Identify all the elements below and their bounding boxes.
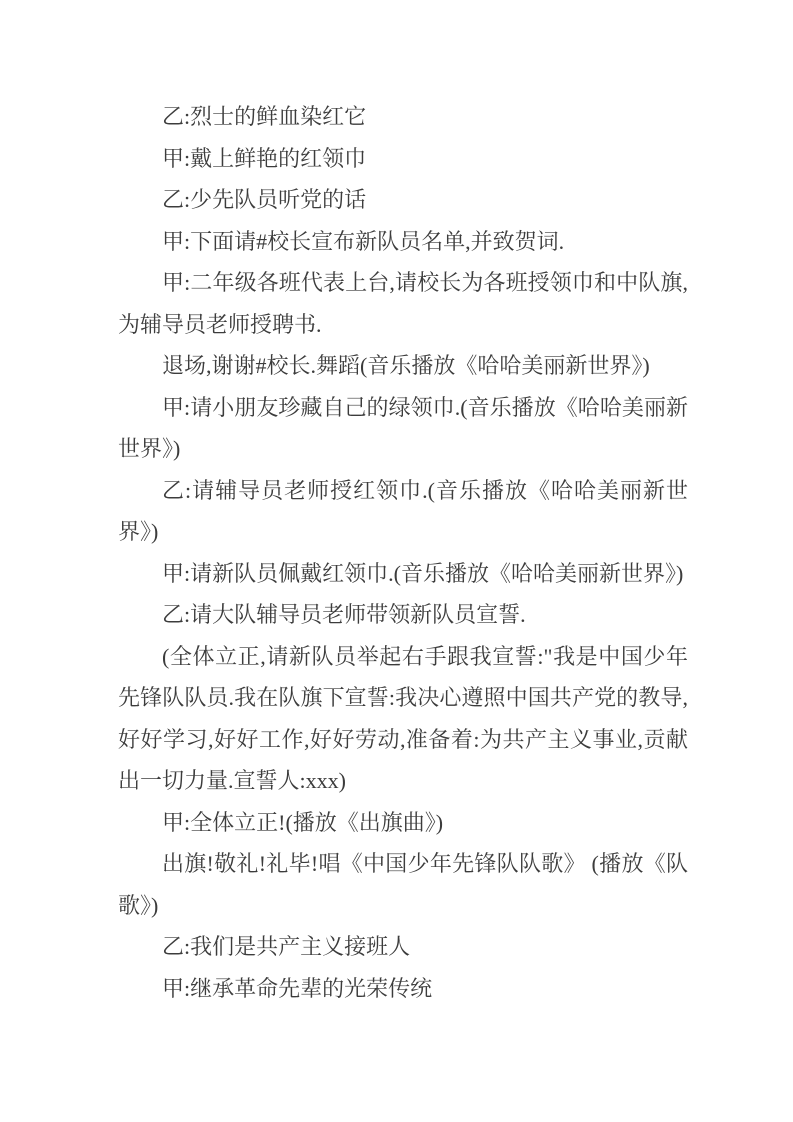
script-line: (全体立正,请新队员举起右手跟我宣誓:"我是中国少年先锋队队员.我在队旗下宣誓:… bbox=[118, 636, 688, 802]
script-line: 出旗!敬礼!礼毕!唱《中国少年先锋队队歌》 (播放《队歌》) bbox=[118, 843, 688, 926]
script-line: 退场,谢谢#校长.舞蹈(音乐播放《哈哈美丽新世界》) bbox=[118, 345, 688, 387]
script-line: 甲:二年级各班代表上台,请校长为各班授领巾和中队旗,为辅导员老师授聘书. bbox=[118, 262, 688, 345]
script-line: 甲:请小朋友珍藏自己的绿领巾.(音乐播放《哈哈美丽新世界》) bbox=[118, 387, 688, 470]
script-line: 乙:我们是共产主义接班人 bbox=[118, 926, 688, 968]
script-line: 甲:请新队员佩戴红领巾.(音乐播放《哈哈美丽新世界》) bbox=[118, 553, 688, 595]
script-line: 甲:戴上鲜艳的红领巾 bbox=[118, 138, 688, 180]
script-line: 甲:下面请#校长宣布新队员名单,并致贺词. bbox=[118, 221, 688, 263]
document-text-block: 乙:烈士的鲜血染红它 甲:戴上鲜艳的红领巾 乙:少先队员听党的话 甲:下面请#校… bbox=[118, 96, 688, 1009]
script-line: 甲:继承革命先辈的光荣传统 bbox=[118, 968, 688, 1010]
document-page: 乙:烈士的鲜血染红它 甲:戴上鲜艳的红领巾 乙:少先队员听党的话 甲:下面请#校… bbox=[0, 0, 793, 1122]
script-line: 乙:请大队辅导员老师带领新队员宣誓. bbox=[118, 594, 688, 636]
script-line: 乙:少先队员听党的话 bbox=[118, 179, 688, 221]
script-line: 乙:烈士的鲜血染红它 bbox=[118, 96, 688, 138]
script-line: 乙:请辅导员老师授红领巾.(音乐播放《哈哈美丽新世界》) bbox=[118, 470, 688, 553]
script-line: 甲:全体立正!(播放《出旗曲》) bbox=[118, 802, 688, 844]
